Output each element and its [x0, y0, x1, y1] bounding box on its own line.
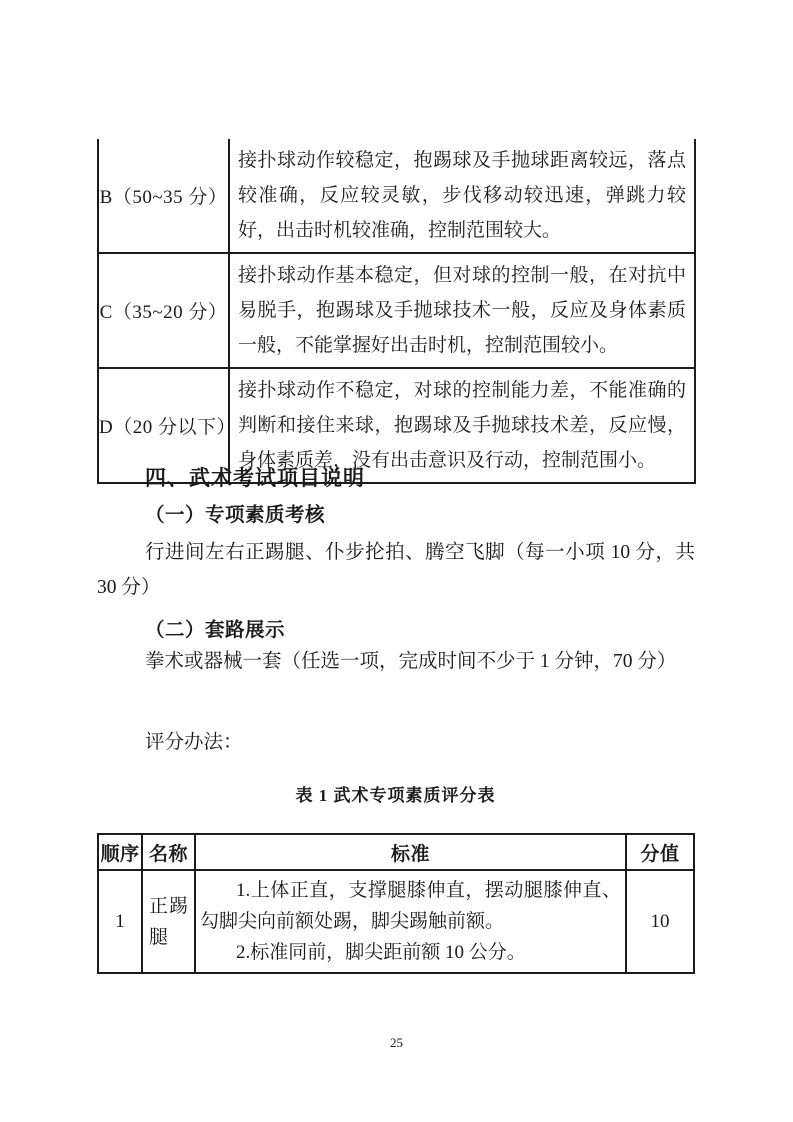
header-name: 名称: [142, 834, 195, 870]
page-number: 25: [0, 1035, 793, 1051]
table-row: C（35~20 分） 接扑球动作基本稳定，但对球的控制一般，在对抗中易脱手，抱踢…: [98, 253, 695, 368]
paragraph-scoring-method: 评分办法：: [145, 726, 243, 754]
cell-standard: 1.上体正直，支撑腿膝伸直，摆动腿膝伸直、勾脚尖向前额处踢，脚尖踢触前额。 2.…: [195, 870, 626, 973]
table-row: B（50~35 分） 接扑球动作较稳定，抱踢球及手抛球距离较远，落点较准确，反应…: [98, 139, 695, 253]
score-table-title: 表 1 武术专项素质评分表: [97, 781, 694, 806]
cell-score: 10: [626, 870, 694, 973]
grade-c-label: C（35~20 分）: [98, 253, 229, 368]
standard-item-1: 1.上体正直，支撑腿膝伸直，摆动腿膝伸直、勾脚尖向前额处踢，脚尖踢触前额。: [200, 875, 621, 937]
paragraph-special-quality: 行进间左右正踢腿、仆步抡拍、腾空飞脚（每一小项 10 分，共 30 分）: [97, 535, 695, 605]
header-order: 顺序: [98, 834, 142, 870]
grade-table: B（50~35 分） 接扑球动作较稳定，抱踢球及手抛球距离较远，落点较准确，反应…: [97, 139, 696, 484]
grade-b-description: 接扑球动作较稳定，抱踢球及手抛球距离较远，落点较准确，反应较灵敏，步伐移动较迅速…: [229, 139, 695, 253]
standard-item-2: 2.标准同前，脚尖距前额 10 公分。: [200, 937, 621, 968]
section-heading: 四、武术考试项目说明: [145, 462, 365, 492]
cell-order: 1: [98, 870, 142, 973]
subsection-1-heading: （一）专项素质考核: [145, 499, 325, 527]
cell-name: 正踢腿: [142, 870, 195, 973]
header-standard: 标准: [195, 834, 626, 870]
grade-c-description: 接扑球动作基本稳定，但对球的控制一般，在对抗中易脱手，抱踢球及手抛球技术一般，反…: [229, 253, 695, 368]
grade-b-label: B（50~35 分）: [98, 139, 229, 253]
table-row: 1 正踢腿 1.上体正直，支撑腿膝伸直，摆动腿膝伸直、勾脚尖向前额处踢，脚尖踢触…: [98, 870, 694, 973]
subsection-2-heading: （二）套路展示: [145, 614, 285, 642]
header-score: 分值: [626, 834, 694, 870]
document-page: B（50~35 分） 接扑球动作较稳定，抱踢球及手抛球距离较远，落点较准确，反应…: [0, 0, 793, 1122]
score-table: 顺序 名称 标准 分值 1 正踢腿 1.上体正直，支撑腿膝伸直，摆动腿膝伸直、勾…: [97, 833, 695, 974]
paragraph-routine-display: 拳术或器械一套（任选一项，完成时间不少于 1 分钟，70 分）: [97, 644, 695, 679]
table-header-row: 顺序 名称 标准 分值: [98, 834, 694, 870]
